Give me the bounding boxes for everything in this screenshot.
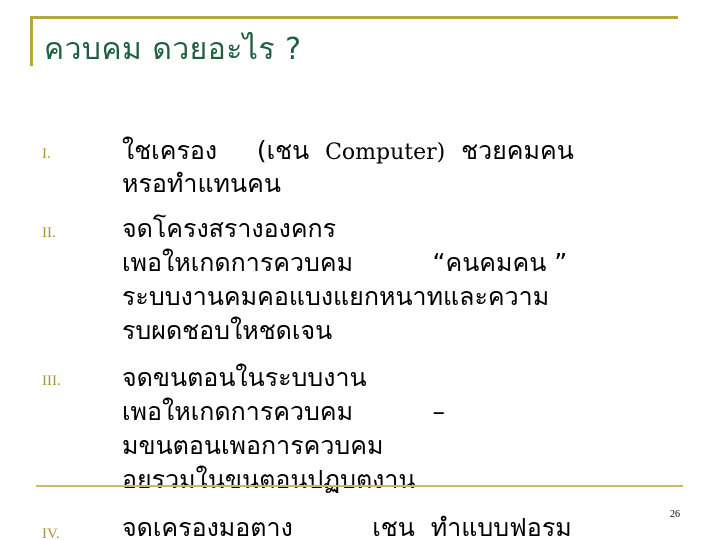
item-2-line-3: ระบบงานคมคอแบงแยกหนาทและความ [122, 281, 549, 313]
item-3-line-2: เพอใหเกดการควบคม – [122, 396, 445, 428]
bullet-numeral-3: III. [42, 373, 61, 390]
footer-rule [36, 485, 683, 487]
item-2-line-4: รบผดชอบใหชดเจน [122, 315, 332, 347]
slide-body: I. ใชเครอง (เชน Computer) ชวยคมคน หรอทำแ… [0, 0, 720, 540]
item-3-line-4: อยรวมในขนตอนปฏบตงาน [122, 464, 416, 496]
page-number: 26 [670, 509, 680, 520]
item-3-line-1: จดขนตอนในระบบงาน [122, 362, 367, 394]
bullet-numeral-1: I. [42, 146, 51, 163]
item-2-line-2: เพอใหเกดการควบคม “คนคมคน ” [122, 247, 567, 279]
bullet-numeral-2: II. [42, 225, 56, 242]
item-4-line-1: จดเครองมอตาง เชน ทำแบบฟอรม [122, 512, 572, 540]
item-2-line-1: จดโครงสรางองคกร [122, 213, 336, 245]
item-1-line-1: ใชเครอง (เชน Computer) ชวยคมคน [122, 135, 574, 169]
bullet-numeral-4: IV. [42, 526, 60, 540]
item-3-line-3: มขนตอนเพอการควบคม [122, 430, 383, 462]
item-1-line-2: หรอทำแทนคน [122, 168, 281, 200]
